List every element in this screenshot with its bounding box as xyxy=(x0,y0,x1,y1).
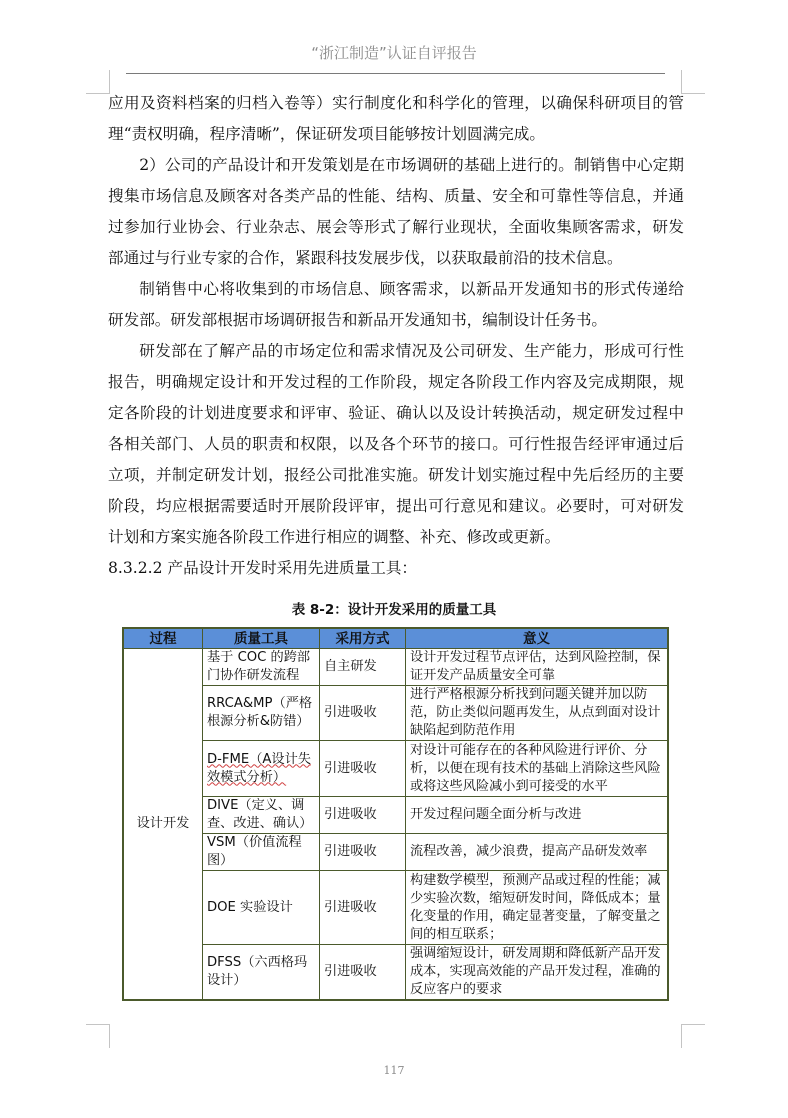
table-row: DOE 实验设计 引进吸收 构建数学模型，预测产品或过程的性能；减少实验次数，缩… xyxy=(123,871,668,945)
crop-mark-bottom-right xyxy=(681,1024,705,1048)
meaning-cell: 进行严格根源分析找到问题关键并加以防范，防止类似问题再发生，从点到面对设计缺陷起… xyxy=(406,686,669,741)
meaning-cell: 设计开发过程节点评估，达到风险控制，保证开发产品质量安全可靠 xyxy=(406,649,669,686)
process-cell: 设计开发 xyxy=(123,649,203,1001)
column-header-meaning: 意义 xyxy=(406,628,669,649)
body-text: 应用及资料档案的归档入卷等）实行制度化和科学化的管理，以确保科研项目的管理“责权… xyxy=(108,88,684,584)
method-cell: 引进吸收 xyxy=(320,945,406,1001)
spellcheck-underline: D-FME（A设计失效模式分析） xyxy=(207,752,311,785)
tool-cell: RRCA&MP（严格根源分析&防错） xyxy=(203,686,320,741)
meaning-cell: 开发过程问题全面分析与改进 xyxy=(406,797,669,834)
method-cell: 引进吸收 xyxy=(320,741,406,797)
table-row: DIVE（定义、调查、改进、确认） 引进吸收 开发过程问题全面分析与改进 xyxy=(123,797,668,834)
crop-mark-top-right xyxy=(681,70,705,94)
method-cell: 引进吸收 xyxy=(320,797,406,834)
tool-cell: DFSS（六西格玛设计） xyxy=(203,945,320,1001)
table-row: 设计开发 基于 COC 的跨部门协作研发流程 自主研发 设计开发过程节点评估，达… xyxy=(123,649,668,686)
table-header-row: 过程 质量工具 采用方式 意义 xyxy=(123,628,668,649)
running-header-title: “浙江制造”认证自评报告 xyxy=(0,42,788,63)
table-row: DFSS（六西格玛设计） 引进吸收 强调缩短设计，研发周期和降低新产品开发成本，… xyxy=(123,945,668,1001)
tool-cell: VSM（价值流程图） xyxy=(203,834,320,871)
header-rule xyxy=(126,73,665,74)
table-caption: 表 8-2：设计开发采用的质量工具 xyxy=(0,598,788,618)
column-header-process: 过程 xyxy=(123,628,203,649)
meaning-cell: 构建数学模型，预测产品或过程的性能；减少实验次数，缩短研发时间，降低成本；量化变… xyxy=(406,871,669,945)
meaning-cell: 流程改善，减少浪费，提高产品研发效率 xyxy=(406,834,669,871)
paragraph-1: 应用及资料档案的归档入卷等）实行制度化和科学化的管理，以确保科研项目的管理“责权… xyxy=(108,88,684,150)
tool-cell: DIVE（定义、调查、改进、确认） xyxy=(203,797,320,834)
paragraph-3: 制销售中心将收集到的市场信息、顾客需求，以新品开发通知书的形式传递给研发部。研发… xyxy=(108,274,684,336)
crop-mark-top-left xyxy=(86,70,110,94)
section-heading-8-3-2-2: 8.3.2.2 产品设计开发时采用先进质量工具： xyxy=(108,553,684,584)
method-cell: 引进吸收 xyxy=(320,871,406,945)
column-header-method: 采用方式 xyxy=(320,628,406,649)
column-header-tool: 质量工具 xyxy=(203,628,320,649)
method-cell: 引进吸收 xyxy=(320,834,406,871)
table-row: VSM（价值流程图） 引进吸收 流程改善，减少浪费，提高产品研发效率 xyxy=(123,834,668,871)
meaning-cell: 强调缩短设计，研发周期和降低新产品开发成本，实现高效能的产品开发过程，准确的反应… xyxy=(406,945,669,1001)
tool-cell: 基于 COC 的跨部门协作研发流程 xyxy=(203,649,320,686)
meaning-cell: 对设计可能存在的各种风险进行评价、分析，以便在现有技术的基础上消除这些风险或将这… xyxy=(406,741,669,797)
table-row: RRCA&MP（严格根源分析&防错） 引进吸收 进行严格根源分析找到问题关键并加… xyxy=(123,686,668,741)
tool-cell: D-FME（A设计失效模式分析） xyxy=(203,741,320,797)
table-row: D-FME（A设计失效模式分析） 引进吸收 对设计可能存在的各种风险进行评价、分… xyxy=(123,741,668,797)
page-number: 117 xyxy=(0,1064,788,1077)
method-cell: 自主研发 xyxy=(320,649,406,686)
quality-tools-table: 过程 质量工具 采用方式 意义 设计开发 基于 COC 的跨部门协作研发流程 自… xyxy=(122,627,669,1001)
tool-cell: DOE 实验设计 xyxy=(203,871,320,945)
paragraph-2: 2）公司的产品设计和开发策划是在市场调研的基础上进行的。制销售中心定期搜集市场信… xyxy=(108,150,684,274)
method-cell: 引进吸收 xyxy=(320,686,406,741)
paragraph-4: 研发部在了解产品的市场定位和需求情况及公司研发、生产能力，形成可行性报告，明确规… xyxy=(108,336,684,553)
crop-mark-bottom-left xyxy=(86,1024,110,1048)
